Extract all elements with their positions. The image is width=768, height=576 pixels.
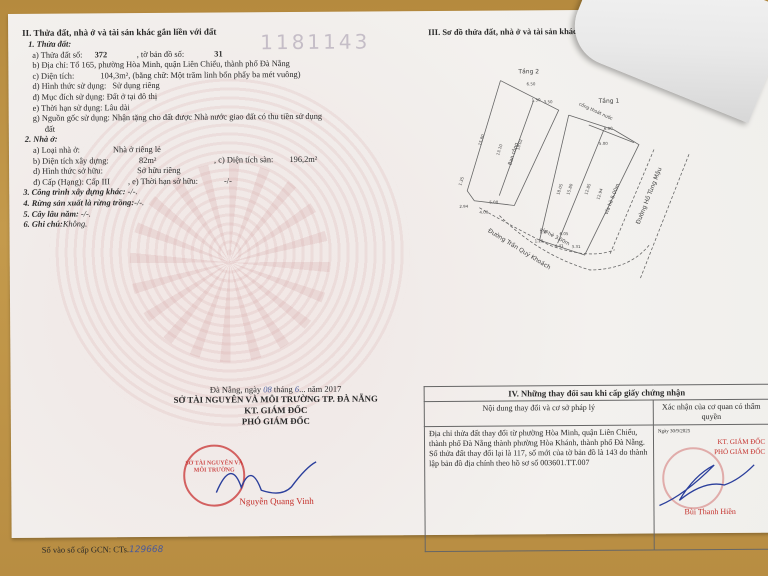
dim-label: 1.50 bbox=[532, 97, 541, 102]
dim-label: 15.80 bbox=[477, 133, 485, 146]
date-month: 6 bbox=[295, 384, 299, 394]
street-side-label: Đường Hồ Tùng Mậu bbox=[634, 166, 664, 225]
dim-label: 12.94 bbox=[595, 187, 603, 200]
area-value: 104,3m², (bằng chữ: Một trăm linh bốn ph… bbox=[76, 70, 300, 81]
usage-purpose-label: đ) Mục đích sử dụng: bbox=[33, 92, 105, 102]
change-approval-cell: Ngày 30/9/2025 KT. GIÁM ĐỐC PHÓ GIÁM ĐỐC… bbox=[653, 424, 768, 550]
house-type-value: Nhà ở riêng lẻ bbox=[113, 145, 161, 154]
date-day: 08 bbox=[263, 384, 272, 394]
planted-forest-label: 4. Rừng sản xuất là rừng trồng: bbox=[23, 198, 134, 208]
date-month-label: tháng bbox=[274, 384, 293, 394]
dim-label: 5.00 bbox=[489, 200, 498, 205]
date-year: năm 2017 bbox=[308, 384, 342, 394]
change-content-2: Số thửa đất thay đổi lại là 117, số mới … bbox=[429, 448, 649, 470]
dim-label: 1.20 bbox=[540, 229, 549, 234]
parcel-number-label: a) Thửa đất số: bbox=[32, 50, 82, 59]
notes-value: Không. bbox=[63, 220, 87, 229]
change-content-cell: Địa chỉ thửa đất thay đổi từ phường Hòa … bbox=[424, 425, 654, 552]
dim-label: 13.10 bbox=[495, 143, 503, 156]
construction-area-value: 82m² bbox=[139, 155, 214, 166]
dim-label: 4.00 bbox=[479, 210, 488, 215]
gcn-label: Số vào sổ cấp GCN: CTs. bbox=[42, 544, 129, 555]
floor-area-label: , c) Diện tích sàn: bbox=[214, 155, 273, 164]
sidewalk-side-label: vỉa hè 5.00m bbox=[603, 182, 622, 215]
floor1-label: Tầng 1 bbox=[598, 97, 620, 105]
dim-label: 1.25 bbox=[535, 238, 544, 243]
changes-col-content: Nội dung thay đổi và cơ sở pháp lý bbox=[424, 400, 653, 427]
dim-label: 5.00 bbox=[599, 141, 608, 146]
other-works-value: -/-. bbox=[125, 187, 137, 196]
ownership-form-label: d) Hình thức sở hữu: bbox=[33, 166, 137, 177]
issuing-agency: SỞ TÀI NGUYÊN VÀ MÔI TRƯỜNG TP. ĐÀ NẴNG bbox=[151, 393, 401, 406]
ownership-form-value: Sở hữu riêng bbox=[137, 166, 180, 175]
dim-label: 6.50 bbox=[526, 81, 535, 86]
origin-label: g) Nguồn gốc sử dụng: bbox=[33, 113, 110, 123]
perennial-trees-value: -/-. bbox=[79, 209, 91, 218]
floor2-label: Tầng 2 bbox=[517, 67, 539, 75]
origin-value: Nhận tặng cho đất được Nhà nước giao đất… bbox=[112, 112, 322, 122]
dim-label: 2.94 bbox=[459, 204, 468, 209]
dim-label: 6.05 bbox=[560, 231, 569, 236]
dim-label: 3.31 bbox=[572, 244, 581, 249]
dim-label: 3.50 bbox=[544, 99, 553, 104]
map-sheet-label: , tờ bản đồ số: bbox=[137, 49, 185, 58]
usage-form-label: d) Hình thức sử dụng: bbox=[32, 82, 106, 92]
usage-term-label: e) Thời hạn sử dụng: bbox=[33, 103, 103, 112]
grade-label: đ) Cấp (Hạng): bbox=[33, 177, 84, 186]
land-house-details: 1. Thửa đất: a) Thửa đất số: 372 , tờ bả… bbox=[22, 37, 403, 230]
planted-forest-value: -/-. bbox=[134, 198, 144, 207]
dim-label: 15.80 bbox=[565, 183, 573, 196]
usage-purpose-value: Đất ở tại đô thị bbox=[107, 92, 158, 101]
dim-label: 1.35 bbox=[457, 176, 465, 186]
ownership-term-label: , e) Thời hạn sở hữu: bbox=[128, 176, 198, 185]
dim-label: 18.05 bbox=[555, 183, 563, 196]
changes-table: IV. Những thay đổi sau khi cấp giấy chứn… bbox=[424, 384, 768, 552]
address-label: b) Địa chỉ: bbox=[32, 61, 68, 70]
land-certificate-page: II. Thửa đất, nhà ở và tài sản khác gắn … bbox=[8, 9, 768, 538]
parcel-number: 372 bbox=[85, 50, 135, 61]
usage-form-value: Sử dụng riêng bbox=[108, 81, 159, 90]
notes-label: 6. Ghi chú: bbox=[23, 220, 62, 229]
area-label: c) Diện tích: bbox=[32, 71, 74, 80]
approval-signer: Bùi Thanh Hiền bbox=[684, 507, 735, 517]
map-sheet-number: 31 bbox=[186, 49, 222, 58]
dim-label: 4.41 bbox=[555, 243, 564, 248]
date-prefix: Đà Nẵng, ngày bbox=[210, 384, 261, 394]
signer-role-2: PHÓ GIÁM ĐỐC bbox=[151, 415, 401, 428]
changes-col-approval: Xác nhận của cơ quan có thẩm quyền bbox=[653, 399, 768, 425]
floor-area-value: 196,2m² bbox=[275, 154, 317, 163]
house-type-label: a) Loại nhà ở: bbox=[33, 145, 113, 156]
gcn-number: 129668 bbox=[129, 545, 163, 555]
signature-block: Đà Nẵng, ngày 08 tháng 6... năm 2017 SỞ … bbox=[151, 383, 401, 428]
ownership-term-value: -/- bbox=[198, 176, 232, 185]
dim-label: 6.00 bbox=[604, 126, 613, 131]
dim-label: 12.85 bbox=[583, 182, 591, 195]
gcn-register-number: Số vào sổ cấp GCN: CTs.129668 bbox=[42, 544, 164, 556]
dim-label: 15.02 bbox=[515, 138, 523, 151]
usage-term-value: Lâu dài bbox=[104, 103, 129, 112]
signer-name: Nguyễn Quang Vinh bbox=[239, 496, 313, 507]
construction-area-label: b) Diện tích xây dựng: bbox=[33, 156, 139, 167]
change-content-1: Địa chỉ thửa đất thay đổi từ phường Hòa … bbox=[429, 428, 649, 450]
section-2-title: II. Thửa đất, nhà ở và tài sản khác gắn … bbox=[22, 27, 216, 38]
address-value: Tổ 165, phường Hòa Minh, quận Liên Chiểu… bbox=[70, 59, 290, 70]
approval-signature bbox=[654, 455, 764, 511]
perennial-trees-label: 5. Cây lâu năm: bbox=[23, 209, 78, 218]
grade-value: Cấp III bbox=[86, 177, 128, 188]
other-works-label: 3. Công trình xây dựng khác: bbox=[23, 187, 125, 197]
